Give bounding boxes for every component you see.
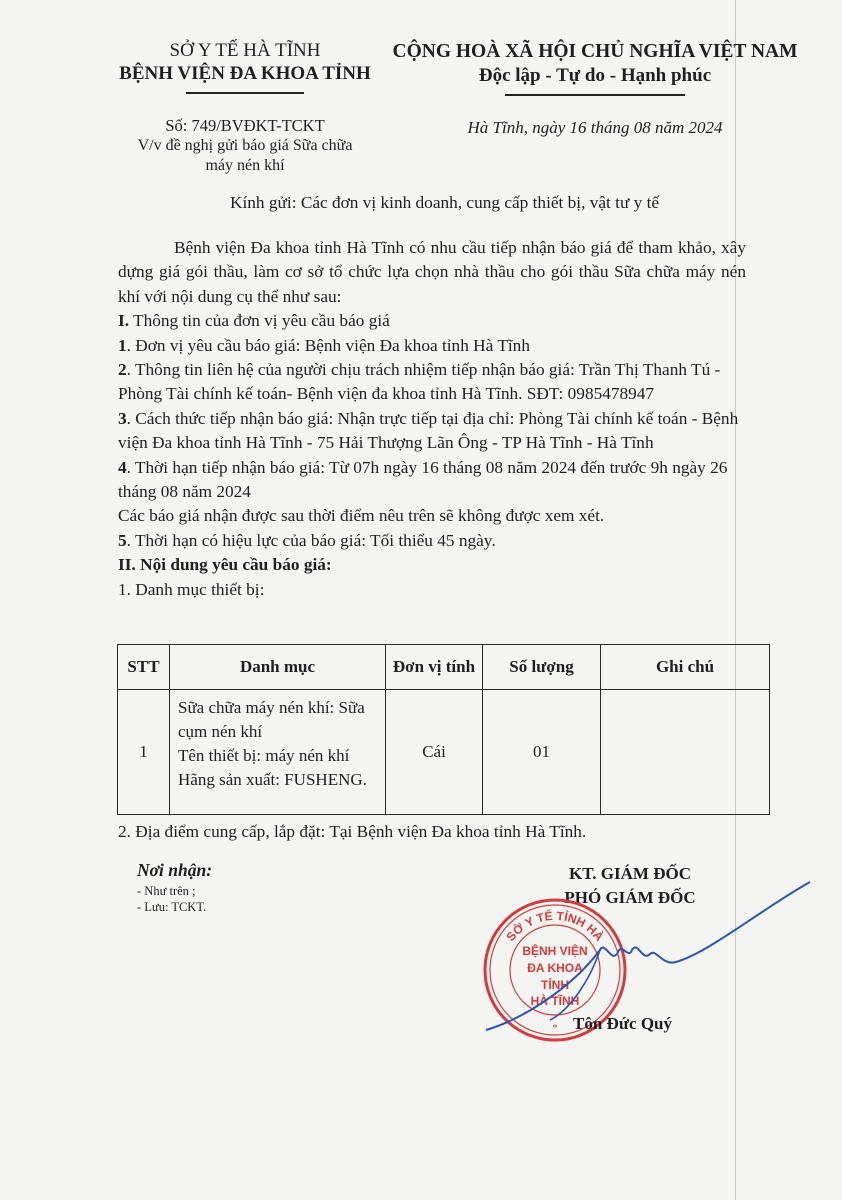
motto: Độc lập - Tự do - Hạnh phúc [380,64,810,88]
intro-paragraph: Bệnh viện Đa khoa tỉnh Hà Tĩnh có nhu cầ… [118,236,746,309]
issuer-block: SỞ Y TẾ HÀ TĨNH BỆNH VIỆN ĐA KHOA TỈNH S… [95,40,395,176]
addressee: Kính gửi: Các đơn vị kinh doanh, cung cấ… [230,191,659,215]
table-header-row: STT Danh mục Đơn vị tính Số lượng Ghi ch… [118,645,770,690]
recipient-item: - Lưu: TCKT. [137,899,212,915]
cell-stt: 1 [118,690,170,815]
national-header: CỘNG HOÀ XÃ HỘI CHỦ NGHĨA VIỆT NAM Độc l… [380,40,810,138]
signer-name: Tôn Đức Quý [573,1014,672,1034]
recipient-item: - Như trên ; [137,883,212,899]
equipment-table: STT Danh mục Đơn vị tính Số lượng Ghi ch… [117,644,770,815]
col-header-unit: Đơn vị tính [386,645,483,690]
document-body: Bệnh viện Đa khoa tỉnh Hà Tĩnh có nhu cầ… [118,236,746,602]
department-name: SỞ Y TẾ HÀ TĨNH [95,40,395,62]
recipients-block: Nơi nhận: - Như trên ; - Lưu: TCKT. [137,860,212,915]
cell-qty: 01 [483,690,601,815]
table-row: 1 Sữa chữa máy nén khí: Sữa cụm nén khí … [118,690,770,815]
recipients-title: Nơi nhận: [137,860,212,881]
country-name: CỘNG HOÀ XÃ HỘI CHỦ NGHĨA VIỆT NAM [380,40,810,64]
col-header-qty: Số lượng [483,645,601,690]
delivery-location: 2. Địa điểm cung cấp, lắp đặt: Tại Bệnh … [118,822,586,842]
section-1-item: 4. Thời hạn tiếp nhận báo giá: Từ 07h ng… [118,456,746,505]
cell-item: Sữa chữa máy nén khí: Sữa cụm nén khí Tê… [170,690,386,815]
section-2-heading: II. Nội dung yêu cầu báo giá: [118,553,746,577]
divider [186,92,304,94]
section-1-item: 5. Thời hạn có hiệu lực của báo giá: Tối… [118,529,746,553]
subject-line-2: máy nén khí [95,156,395,176]
col-header-stt: STT [118,645,170,690]
cell-note [601,690,770,815]
divider [505,94,685,96]
subject-line-1: V/v đề nghị gửi báo giá Sữa chữa [95,136,395,156]
section-1-item: 2. Thông tin liên hệ của người chịu trác… [118,358,746,407]
equipment-list-label: 1. Danh mục thiết bị: [118,578,746,602]
section-1-item: 1. Đơn vị yêu cầu báo giá: Bệnh viện Đa … [118,334,746,358]
cell-unit: Cái [386,690,483,815]
handwritten-signature-icon [480,870,820,1070]
col-header-note: Ghi chú [601,645,770,690]
hospital-name: BỆNH VIỆN ĐA KHOA TỈNH [95,62,395,86]
col-header-item: Danh mục [170,645,386,690]
deadline-note: Các báo giá nhận được sau thời điểm nêu … [118,504,746,528]
section-1-heading: I. Thông tin của đơn vị yêu cầu báo giá [118,309,746,333]
document-number: Số: 749/BVĐKT-TCKT [95,116,395,136]
section-1-item: 3. Cách thức tiếp nhận báo giá: Nhận trự… [118,407,746,456]
issue-date: Hà Tĩnh, ngày 16 tháng 08 năm 2024 [380,118,810,138]
